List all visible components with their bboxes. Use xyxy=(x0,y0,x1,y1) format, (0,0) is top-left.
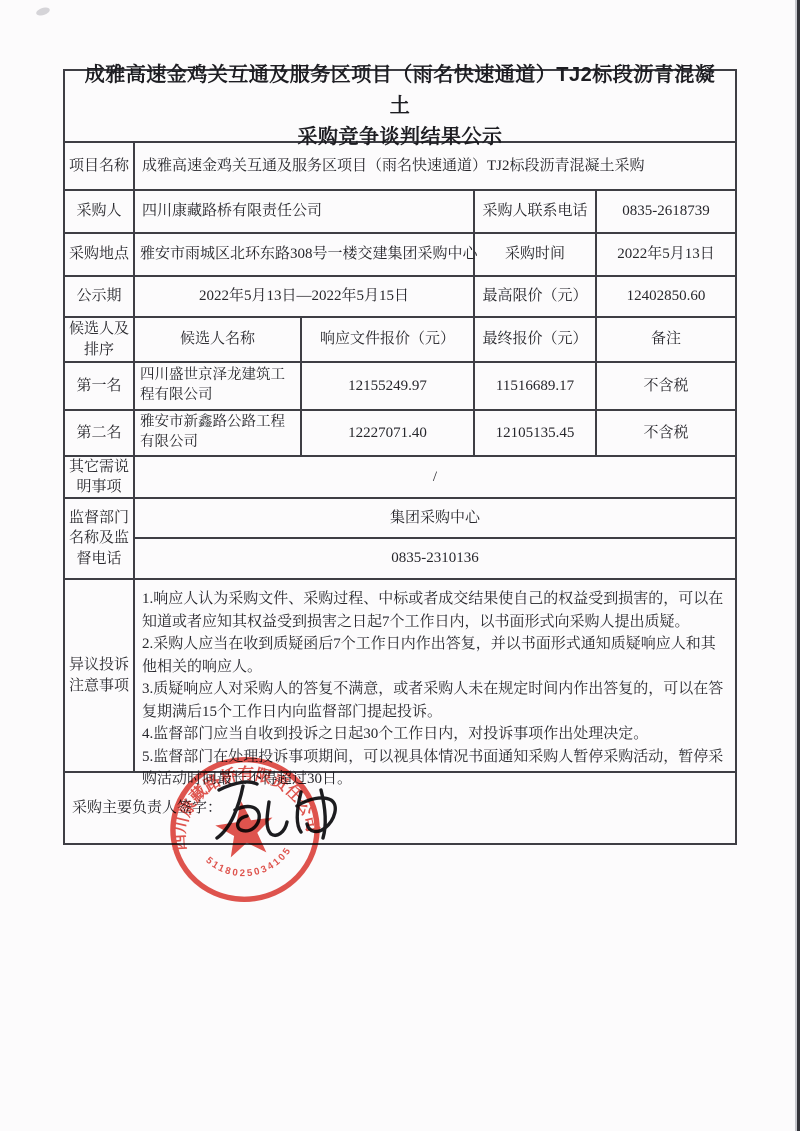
candidate-bid: 12155249.97 xyxy=(302,363,475,411)
candidate-note: 不含税 xyxy=(597,411,735,457)
objection-label: 异议投诉注意事项 xyxy=(65,580,135,773)
objection-item-1: 1.响应人认为采购文件、采购过程、中标或者成交结果使自己的权益受到损害的，可以在… xyxy=(142,588,725,633)
candidate-bid: 12227071.40 xyxy=(302,411,475,457)
project-name-label: 项目名称 xyxy=(65,143,135,191)
candidate-rank: 第二名 xyxy=(65,411,135,457)
purchase-time-label: 采购时间 xyxy=(475,234,597,277)
scan-smudge xyxy=(35,6,50,17)
candidates-final-header: 最终报价（元） xyxy=(475,318,597,363)
svg-text:5118025034105: 5118025034105 xyxy=(202,843,297,885)
title-line-1: 成雅高速金鸡关互通及服务区项目（雨名快速通道）TJ2标段沥青混凝土 xyxy=(85,64,715,117)
scanned-document-page: 成雅高速金鸡关互通及服务区项目（雨名快速通道）TJ2标段沥青混凝土 采购竞争谈判… xyxy=(0,0,800,1131)
publicity-period-label: 公示期 xyxy=(65,277,135,318)
seal-number-text: 5118025034105 xyxy=(202,843,297,885)
result-announcement-table: 成雅高速金鸡关互通及服务区项目（雨名快速通道）TJ2标段沥青混凝土 采购竞争谈判… xyxy=(63,69,737,845)
supervision-label: 监督部门名称及监督电话 xyxy=(65,499,135,580)
location-value: 雅安市雨城区北环东路308号一楼交建集团采购中心 xyxy=(135,234,475,277)
candidate-name: 雅安市新鑫路公路工程有限公司 xyxy=(135,411,302,457)
seal-star-icon xyxy=(212,797,277,859)
candidate-final: 12105135.45 xyxy=(475,411,597,457)
purchaser-phone-label: 采购人联系电话 xyxy=(475,191,597,234)
document-title: 成雅高速金鸡关互通及服务区项目（雨名快速通道）TJ2标段沥青混凝土 采购竞争谈判… xyxy=(65,71,735,143)
supervision-dept: 集团采购中心 xyxy=(135,499,735,539)
objection-item-4: 4.监督部门应当自收到投诉之日起30个工作日内，对投诉事项作出处理决定。 xyxy=(142,723,725,746)
candidates-name-header: 候选人名称 xyxy=(135,318,302,363)
candidate-name: 四川盛世京泽龙建筑工程有限公司 xyxy=(135,363,302,411)
other-notes-label: 其它需说明事项 xyxy=(65,457,135,499)
candidates-bid-header: 响应文件报价（元） xyxy=(302,318,475,363)
objection-item-3: 3.质疑响应人对采购人的答复不满意，或者采购人未在规定时间内作出答复的，可以在答… xyxy=(142,678,725,723)
purchaser-value: 四川康藏路桥有限责任公司 xyxy=(135,191,475,234)
company-seal: 四川康藏路桥有限责任公司 5118025034105 xyxy=(155,742,335,918)
project-name-value: 成雅高速金鸡关互通及服务区项目（雨名快速通道）TJ2标段沥青混凝土采购 xyxy=(135,143,735,191)
objection-item-2: 2.采购人应当在收到质疑函后7个工作日内作出答复，并以书面形式通知质疑响应人和其… xyxy=(142,633,725,678)
objection-body: 1.响应人认为采购文件、采购过程、中标或者成交结果使自己的权益受到损害的，可以在… xyxy=(135,580,735,773)
purchaser-phone-value: 0835-2618739 xyxy=(597,191,735,234)
candidates-note-header: 备注 xyxy=(597,318,735,363)
location-label: 采购地点 xyxy=(65,234,135,277)
publicity-period-value: 2022年5月13日—2022年5月15日 xyxy=(135,277,475,318)
max-price-label: 最高限价（元） xyxy=(475,277,597,318)
candidates-rank-header: 候选人及排序 xyxy=(65,318,135,363)
candidate-final: 11516689.17 xyxy=(475,363,597,411)
purchase-time-value: 2022年5月13日 xyxy=(597,234,735,277)
max-price-value: 12402850.60 xyxy=(597,277,735,318)
other-notes-value: / xyxy=(135,457,735,499)
supervision-phone: 0835-2310136 xyxy=(135,539,735,580)
candidate-rank: 第一名 xyxy=(65,363,135,411)
purchaser-label: 采购人 xyxy=(65,191,135,234)
candidate-note: 不含税 xyxy=(597,363,735,411)
